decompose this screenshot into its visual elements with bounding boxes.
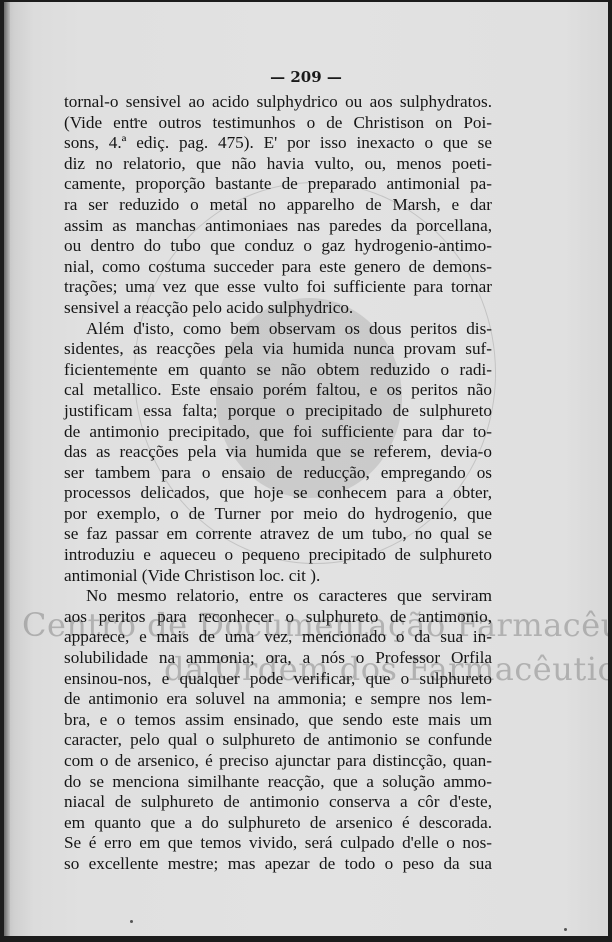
text-line: das as reacções pela via humida que se r… [64,442,492,463]
text-line: No mesmo relatorio, entre os caracteres … [64,586,492,607]
paper-speck [130,920,133,923]
paper-speck [134,118,137,121]
text-line: por exemplo, o de Turner por meio do hyd… [64,504,492,525]
text-line: cal metallico. Este ensaio porém faltou,… [64,380,492,401]
page-binding-shadow [4,2,10,936]
text-line: assim as manchas antimoniaes nas paredes… [64,216,492,237]
text-line: niacal de sulphureto de antimonio conser… [64,792,492,813]
text-line: ficientemente em quanto se não obtem red… [64,360,492,381]
scanned-page: Centro de Documentação Farmacêutica da O… [4,2,608,936]
text-line: trações; uma vez que esse vulto foi suff… [64,277,492,298]
text-line: solubilidade na ammonia; ora, a nós o Pr… [64,648,492,669]
text-line: Se é erro em que temos vivido, será culp… [64,833,492,854]
paragraph-1: tornal-o sensivel ao acido sulphydrico o… [64,92,492,319]
text-line: de antimonio precipitado, que foi suffic… [64,422,492,443]
text-line: ou dentro do tubo que conduz o gaz hydro… [64,236,492,257]
text-line: processos delicados, que hoje se conhece… [64,483,492,504]
text-line: ser tambem para o ensaio de reducção, em… [64,463,492,484]
text-line: do se menciona similhante reacção, que a… [64,772,492,793]
text-line: bra, e o temos assim ensinado, que sendo… [64,710,492,731]
text-line: introduziu e aqueceu o pequeno precipita… [64,545,492,566]
text-line: diz no relatorio, que não havia vulto, o… [64,154,492,175]
text-line: (Vide entre outros testimunhos o de Chri… [64,113,492,134]
paragraph-3: No mesmo relatorio, entre os caracteres … [64,586,492,874]
text-line: Além d'isto, como bem observam os dous p… [64,319,492,340]
text-line: camente, proporção bastante de preparado… [64,174,492,195]
text-line: com o de arsenico, é preciso ajunctar pa… [64,751,492,772]
text-line: sidentes, as reacções pela via humida nu… [64,339,492,360]
text-line: sons, 4.ª ediç. pag. 475). E' por isso i… [64,133,492,154]
text-line: ra ser reduzido o metal no apparelho de … [64,195,492,216]
text-line: ensinou-nos, e qualquer pode verificar, … [64,669,492,690]
text-line: se faz passar em corrente atravez de um … [64,524,492,545]
text-line: caracter, pelo qual o sulphureto de anti… [64,730,492,751]
text-line: de antimonio era soluvel na ammonia; e s… [64,689,492,710]
body-text: tornal-o sensivel ao acido sulphydrico o… [64,92,492,875]
paper-speck [564,928,567,931]
page-number: — 209 — [4,68,608,86]
text-line: sensivel a reacção pelo acido sulphydric… [64,298,492,319]
text-line: tornal-o sensivel ao acido sulphydrico o… [64,92,492,113]
text-line: antimonial (Vide Christison loc. cit ). [64,566,492,587]
text-line: justificam essa falta; porque o precipit… [64,401,492,422]
text-line: em quanto que a do sulphureto de arsenic… [64,813,492,834]
text-line: aos peritos para reconhecer o sulphureto… [64,607,492,628]
text-line: so excellente mestre; mas apezar de todo… [64,854,492,875]
text-line: apparece, e mais de uma vez, mencionado … [64,627,492,648]
text-line: nial, como costuma succeder para este ge… [64,257,492,278]
paragraph-2: Além d'isto, como bem observam os dous p… [64,319,492,587]
